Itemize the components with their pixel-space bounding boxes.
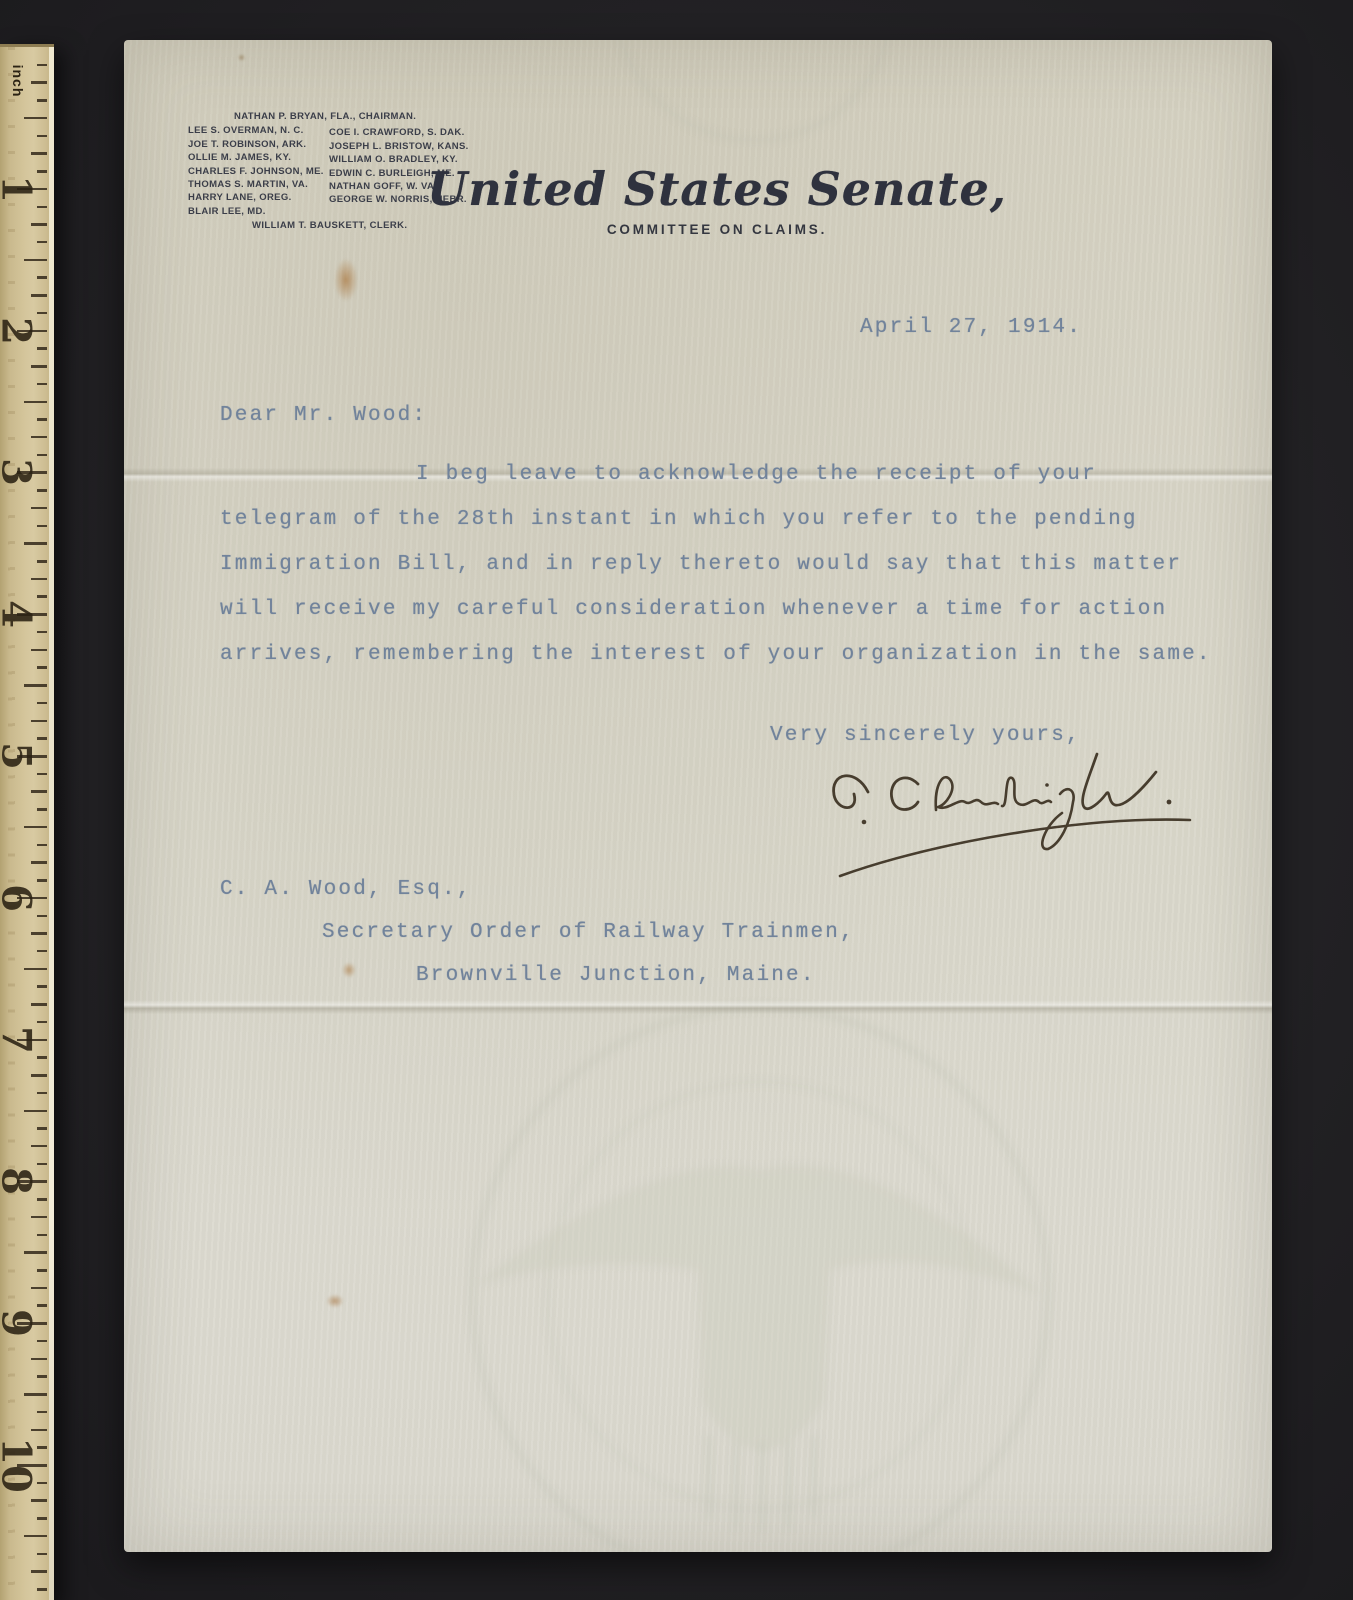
senate-title: United States Senate, — [417, 162, 1017, 216]
rust-stain — [334, 258, 358, 302]
ruler-number: 1 — [0, 175, 40, 203]
committee-members-left: LEE S. OVERMAN, N. C.JOE T. ROBINSON, AR… — [188, 124, 324, 218]
committee-member: JOSEPH L. BRISTOW, KANS. — [329, 140, 469, 153]
rust-stain — [238, 54, 245, 61]
ruler-number: 2 — [0, 317, 40, 345]
committee-member: COE I. CRAWFORD, S. DAK. — [329, 126, 469, 139]
signature — [784, 738, 1244, 913]
body-line: telegram of the 28th instant in which yo… — [220, 497, 1210, 542]
letter-paper: NATHAN P. BRYAN, FLA., CHAIRMAN. LEE S. … — [124, 40, 1272, 1552]
committee-member: CHARLES F. JOHNSON, ME. — [188, 165, 324, 178]
ruler: inch 12345678910 — [0, 44, 54, 1600]
body-line: arrives, remembering the interest of you… — [220, 632, 1210, 677]
rust-stain — [342, 962, 356, 978]
recipient-title: Secretary Order of Railway Trainmen, — [322, 921, 855, 944]
ruler-number: 6 — [0, 884, 40, 912]
ruler-number: 5 — [0, 742, 40, 770]
body-line: Immigration Bill, and in reply thereto w… — [220, 542, 1210, 587]
chairman-line: NATHAN P. BRYAN, FLA., CHAIRMAN. — [234, 110, 546, 123]
committee-member: BLAIR LEE, MD. — [188, 205, 324, 218]
ruler-numbers: 12345678910 — [0, 47, 54, 1600]
committee-member-list: NATHAN P. BRYAN, FLA., CHAIRMAN. LEE S. … — [186, 110, 546, 124]
recipient-name: C. A. Wood, Esq., — [220, 878, 472, 901]
body-line: will receive my careful consideration wh… — [220, 587, 1210, 632]
committee-member: JOE T. ROBINSON, ARK. — [188, 138, 324, 151]
letter-date: April 27, 1914. — [860, 316, 1082, 339]
ruler-number: 4 — [0, 600, 40, 628]
ruler-number: 8 — [0, 1167, 40, 1195]
recipient-address: Brownville Junction, Maine. — [416, 964, 816, 987]
ruler-number: 7 — [0, 1026, 40, 1054]
letter-body: I beg leave to acknowledge the receipt o… — [220, 452, 1210, 677]
committee-member: OLLIE M. JAMES, KY. — [188, 151, 324, 164]
body-line: I beg leave to acknowledge the receipt o… — [220, 452, 1210, 497]
committee-member: HARRY LANE, OREG. — [188, 191, 324, 204]
ruler-number: 3 — [0, 458, 40, 486]
photo-stage: inch 12345678910 — [0, 0, 1353, 1600]
ruler-number: 9 — [0, 1309, 40, 1337]
committee-title: COMMITTEE ON CLAIMS. — [417, 222, 1017, 237]
committee-member: THOMAS S. MARTIN, VA. — [188, 178, 324, 191]
ruler-number: 10 — [0, 1437, 40, 1493]
committee-member: LEE S. OVERMAN, N. C. — [188, 124, 324, 137]
clerk-line: WILLIAM T. BAUSKETT, CLERK. — [252, 220, 407, 231]
rust-stain — [326, 1294, 344, 1308]
salutation: Dear Mr. Wood: — [220, 404, 427, 427]
fold-crease-lower — [124, 1000, 1272, 1014]
